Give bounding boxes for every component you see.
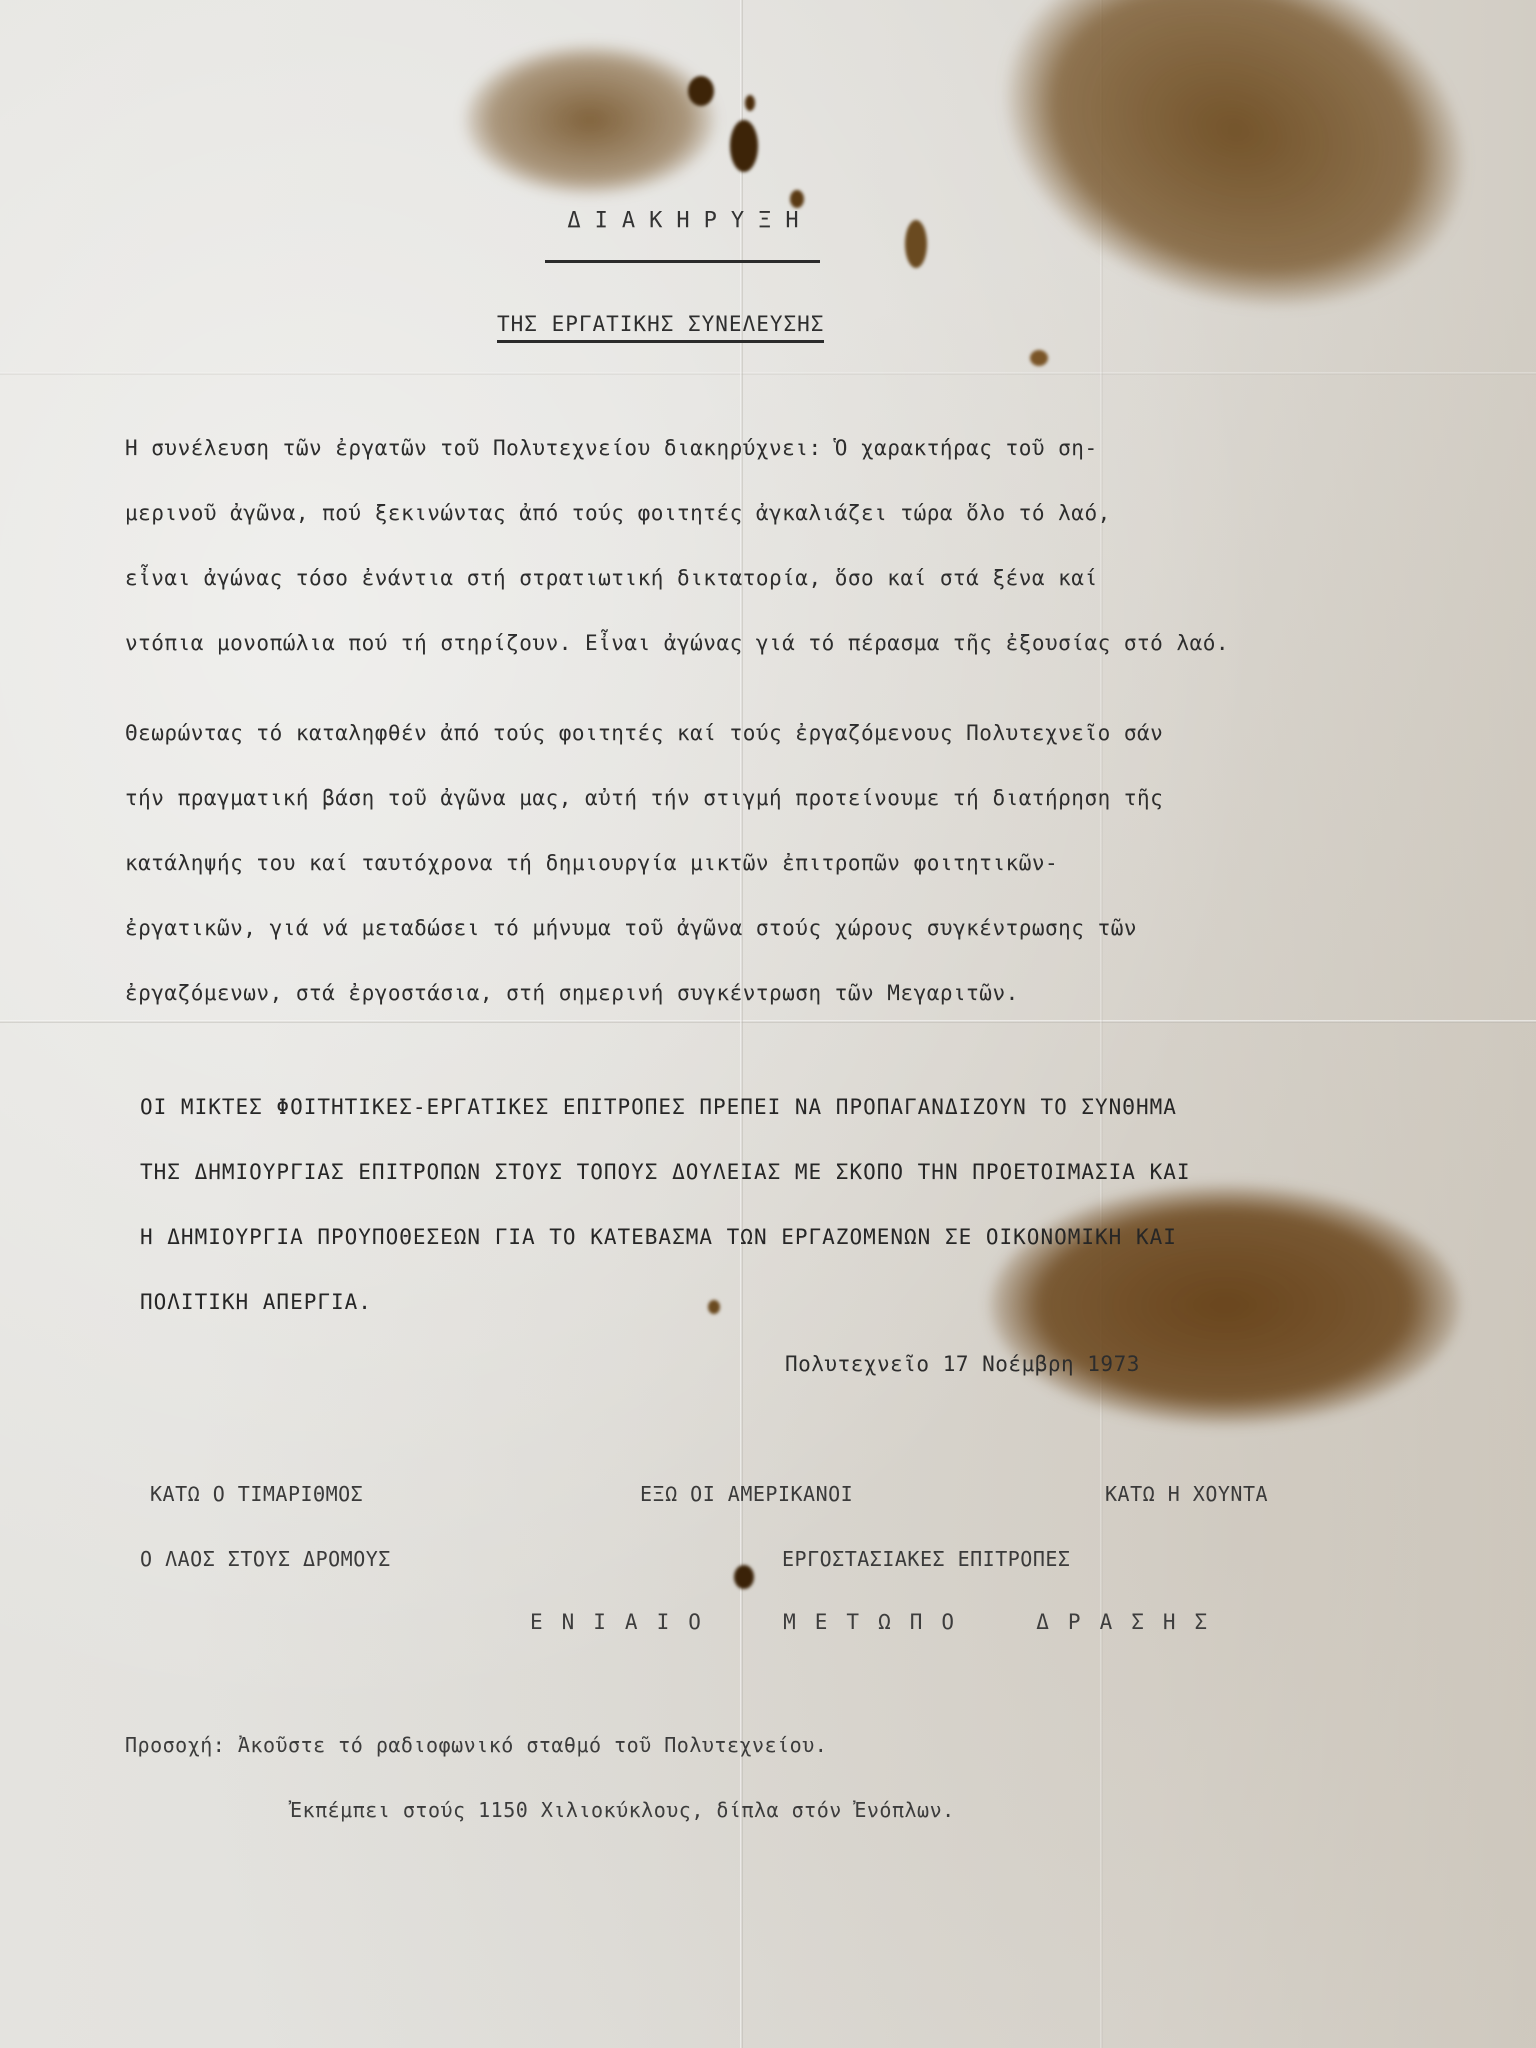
slogan: ΚΑΤΩ Η ΧΟΥΝΤΑ	[1105, 1482, 1268, 1506]
body-line: τήν πραγματική βάση τοῦ ἀγῶνα μας, αὐτή …	[125, 786, 1229, 851]
slogan: ΚΑΤΩ Ο ΤΙΜΑΡΙΘΜΟΣ	[150, 1482, 363, 1506]
slogan: ΕΡΓΟΣΤΑΣΙΑΚΕΣ ΕΠΙΤΡΟΠΕΣ	[782, 1547, 1070, 1571]
body-line: Θεωρώντας τό καταληφθέν ἀπό τούς φοιτητέ…	[125, 721, 1229, 786]
body-line: Η συνέλευση τῶν ἐργατῶν τοῦ Πολυτεχνείου…	[125, 436, 1229, 501]
document-subtitle: ΤΗΣ ΕΡΓΑΤΙΚΗΣ ΣΥΝΕΛΕΥΣΗΣ	[497, 312, 824, 343]
caps-line: ΟΙ ΜΙΚΤΕΣ ΦΟΙΤΗΤΙΚΕΣ-ΕΡΓΑΤΙΚΕΣ ΕΠΙΤΡΟΠΕΣ…	[140, 1095, 1191, 1160]
body-line: ἐργαζόμενων, στά ἐργοστάσια, στή σημεριν…	[125, 981, 1229, 1046]
body-line: εἶναι ἀγώνας τόσο ἐνάντια στή στρατιωτικ…	[125, 566, 1229, 631]
proclamation-document: ΔΙΑΚΗΡΥΞΗ ΤΗΣ ΕΡΓΑΤΙΚΗΣ ΣΥΝΕΛΕΥΣΗΣ Η συν…	[0, 0, 1536, 2048]
title-underline	[545, 260, 820, 263]
place-date-signoff: Πολυτεχνεῖο 17 Νοέμβρη 1973	[785, 1352, 1140, 1376]
slogan: ΕΞΩ ΟΙ ΑΜΕΡΙΚΑΝΟΙ	[640, 1482, 853, 1506]
body-line: ντόπια μονοπώλια πού τή στηρίζουν. Εἶναι…	[125, 631, 1229, 696]
body-line: κατάληψής του καί ταυτόχρονα τή δημιουργ…	[125, 851, 1229, 916]
caps-line: ΠΟΛΙΤΙΚΗ ΑΠΕΡΓΙΑ.	[140, 1290, 1191, 1355]
radio-notice: Προσοχή: Ἀκοῦστε τό ραδιοφωνικό σταθμό τ…	[125, 1733, 827, 1757]
radio-frequency-notice: Ἐκπέμπει στούς 1150 Χιλιοκύκλους, δίπλα …	[290, 1798, 955, 1822]
caps-line: ΤΗΣ ΔΗΜΙΟΥΡΓΙΑΣ ΕΠΙΤΡΟΠΩΝ ΣΤΟΥΣ ΤΟΠΟΥΣ Δ…	[140, 1160, 1191, 1225]
slogan: Ο ΛΑΟΣ ΣΤΟΥΣ ΔΡΟΜΟΥΣ	[140, 1547, 391, 1571]
body-paragraph: Η συνέλευση τῶν ἐργατῶν τοῦ Πολυτεχνείου…	[125, 436, 1229, 1046]
body-line: μερινοῦ ἀγῶνα, πού ξεκινώντας ἀπό τούς φ…	[125, 501, 1229, 566]
document-title: ΔΙΑΚΗΡΥΞΗ	[0, 208, 1380, 233]
united-front-heading: ΕΝΙΑΙΟ ΜΕΤΩΠΟ ΔΡΑΣΗΣ	[530, 1610, 1226, 1634]
caps-line: Η ΔΗΜΙΟΥΡΓΙΑ ΠΡΟΥΠΟΘΕΣΕΩΝ ΓΙΑ ΤΟ ΚΑΤΕΒΑΣ…	[140, 1225, 1191, 1290]
body-line: ἐργατικῶν, γιά νά μεταδώσει τό μήνυμα το…	[125, 916, 1229, 981]
caps-paragraph: ΟΙ ΜΙΚΤΕΣ ΦΟΙΤΗΤΙΚΕΣ-ΕΡΓΑΤΙΚΕΣ ΕΠΙΤΡΟΠΕΣ…	[140, 1095, 1191, 1355]
